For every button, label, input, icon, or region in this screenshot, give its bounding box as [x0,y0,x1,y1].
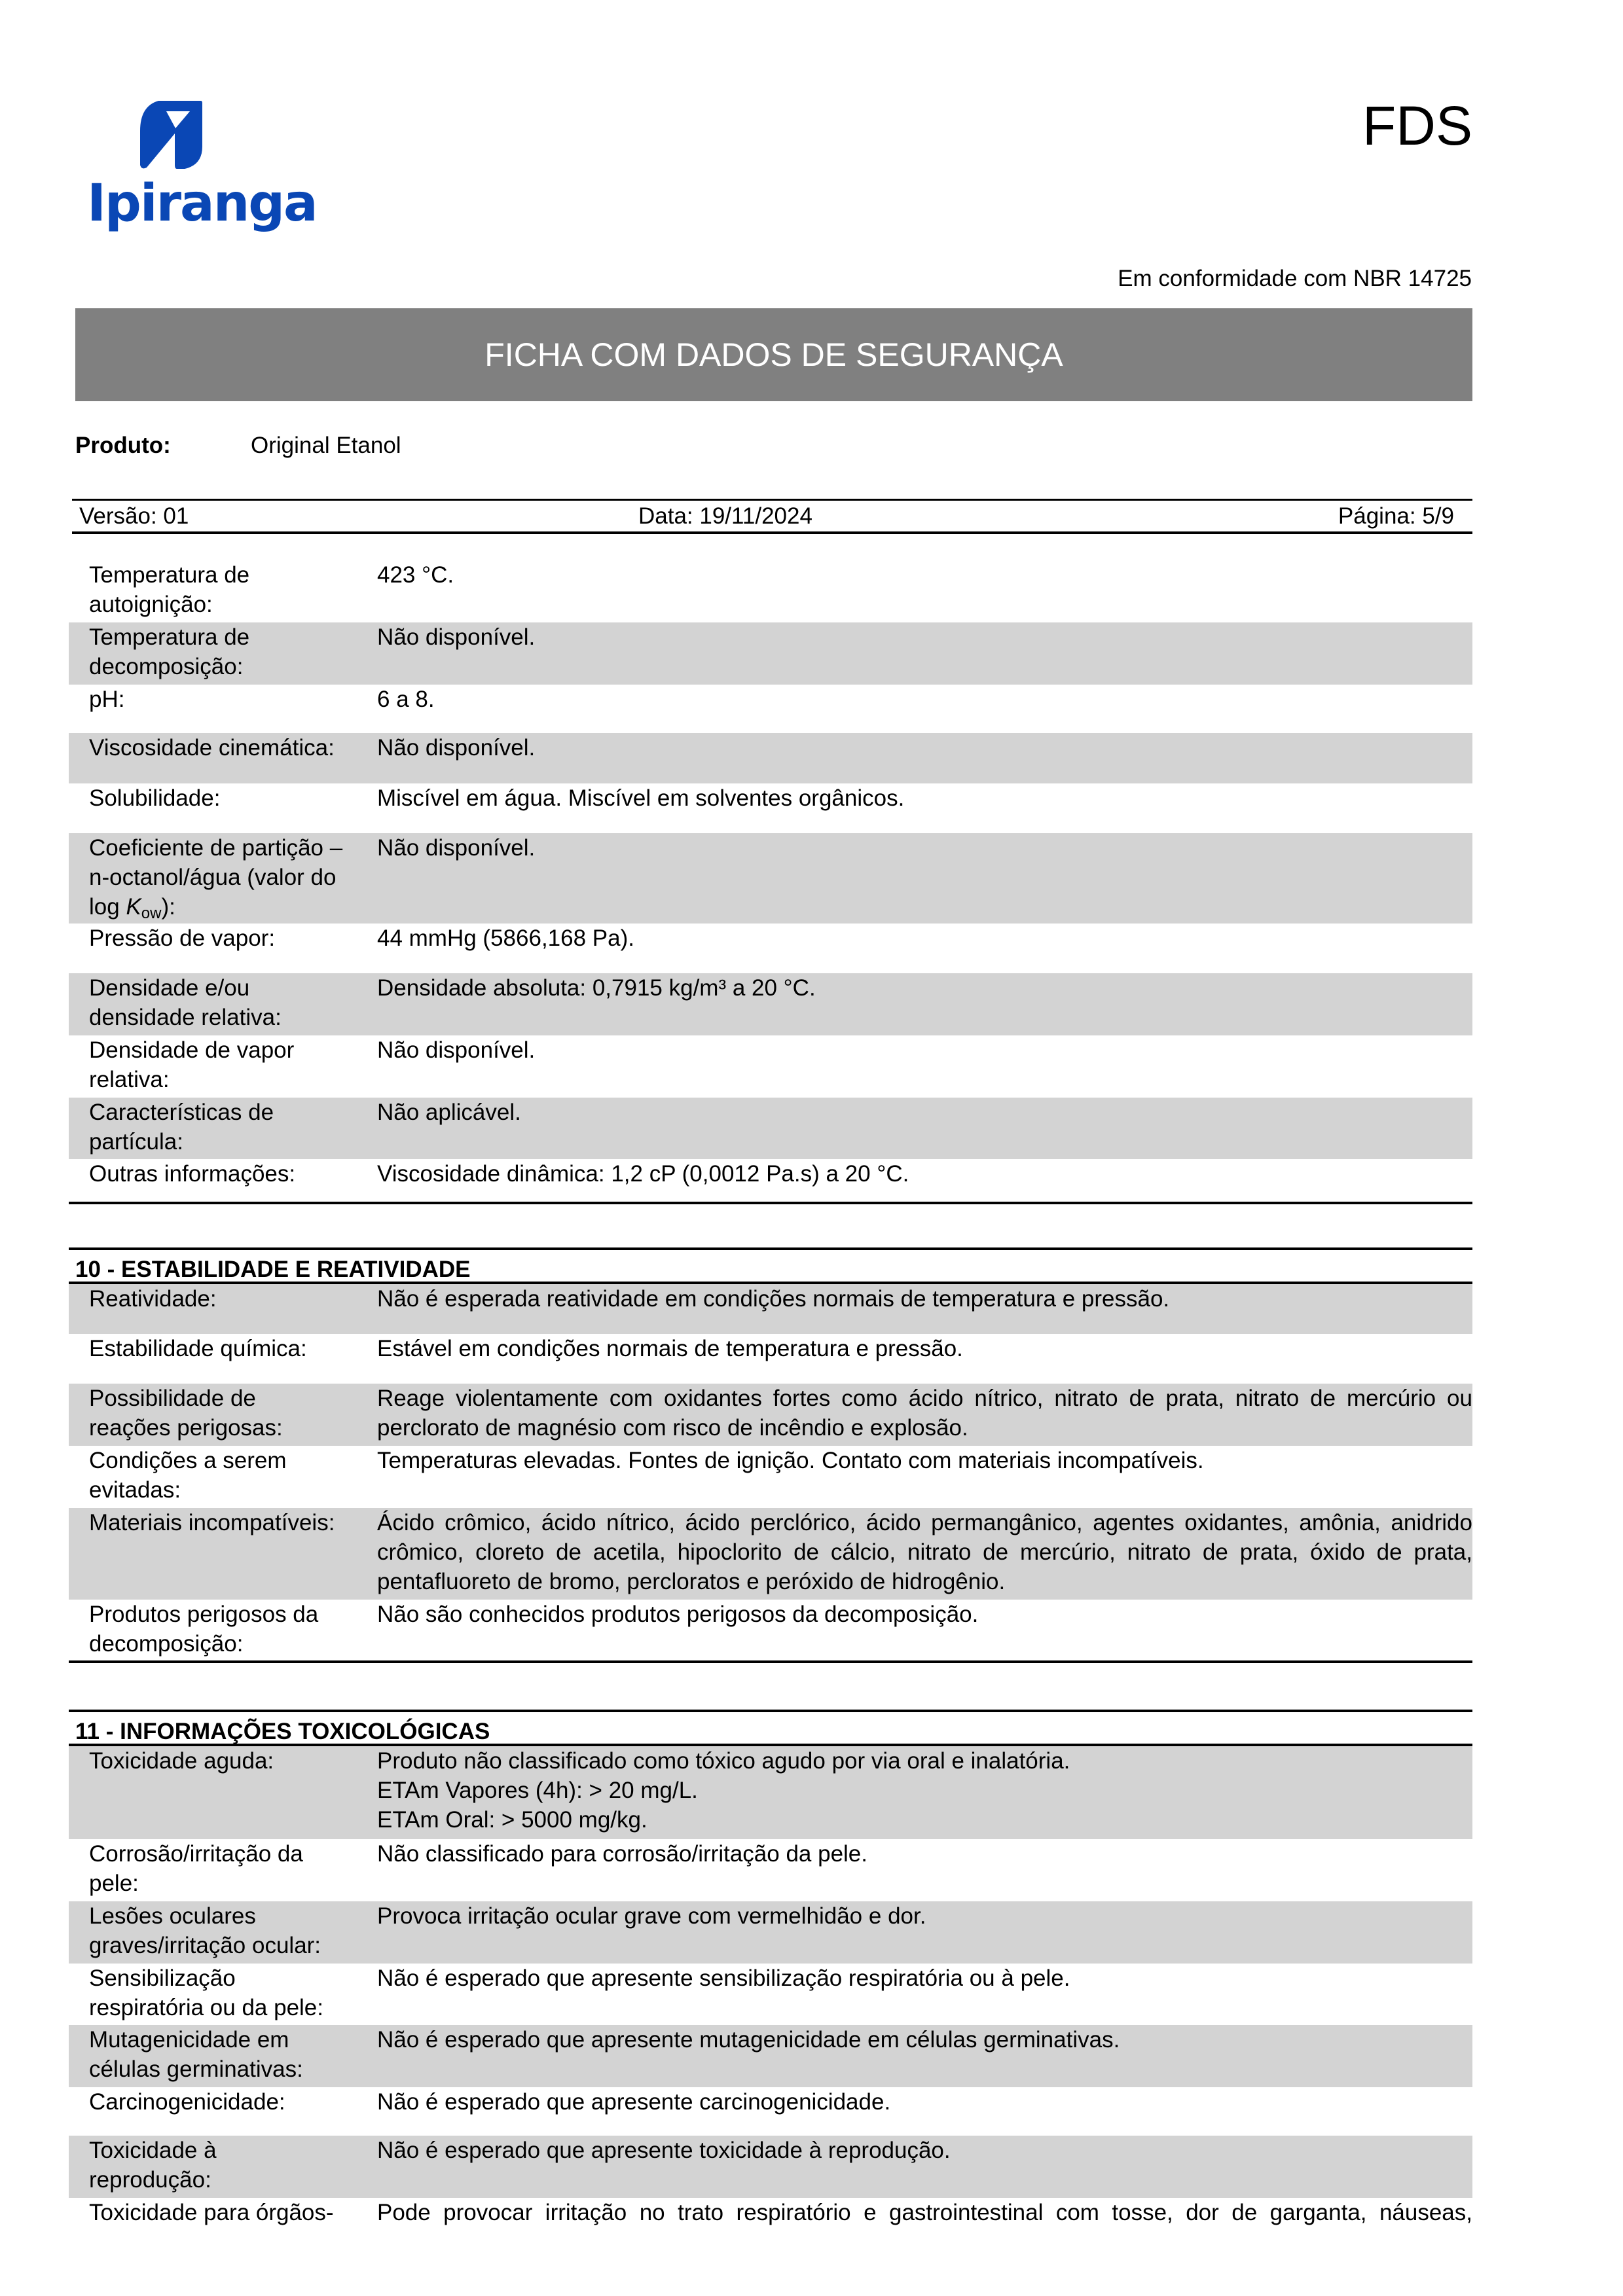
row-label: pH: [69,685,357,733]
row-label: Sensibilização respiratória ou da pele: [69,1964,344,2025]
row-value: Viscosidade dinâmica: 1,2 cP (0,0012 Pa.… [377,1159,1472,1189]
row-label: Solubilidade: [69,783,357,833]
row-value: Temperaturas elevadas. Fontes de ignição… [377,1446,1472,1475]
table-row: Carcinogenicidade: Não é esperado que ap… [69,2087,1472,2136]
value-line: ETAm Oral: > 5000 mg/kg. [377,1805,1472,1835]
table-row: Solubilidade: Miscível em água. Miscível… [69,783,1472,833]
section-title: 10 - ESTABILIDADE E REATIVIDADE [75,1258,471,1281]
row-label: Estabilidade química: [69,1334,357,1384]
table-row: Pressão de vapor: 44 mmHg (5866,168 Pa). [69,924,1472,973]
product-value: Original Etanol [251,434,401,457]
compliance-note: Em conformidade com NBR 14725 [1118,267,1472,290]
product-label: Produto: [75,434,171,457]
title-bar: FICHA COM DADOS DE SEGURANÇA [75,308,1472,401]
label-text-italic: K [126,894,141,920]
row-value: 6 a 8. [377,685,1472,714]
row-label: Temperatura de decomposição: [69,622,344,685]
section-divider [69,1202,1472,1204]
row-value: Não é esperada reatividade em condições … [377,1284,1472,1314]
table-row: Viscosidade cinemática: Não disponível. [69,733,1472,783]
document-title: FICHA COM DADOS DE SEGURANÇA [484,336,1063,374]
ipiranga-logo-icon [139,99,203,170]
table-row: Coeficiente de partição – n-octanol/água… [69,833,1472,924]
row-label: Reatividade: [69,1284,357,1334]
row-label: Viscosidade cinemática: [69,733,357,783]
table-row: Lesões oculares graves/irritação ocular:… [69,1901,1472,1964]
row-value: Não disponível. [377,622,1472,652]
row-label: Mutagenicidade em células germinativas: [69,2025,344,2087]
table-row: Possibilidade de reações perigosas: Reag… [69,1384,1472,1446]
divider [72,531,1472,534]
table-row: Sensibilização respiratória ou da pele: … [69,1964,1472,2025]
table-row: Toxicidade à reprodução: Não é esperado … [69,2136,1472,2198]
row-value: Não aplicável. [377,1098,1472,1127]
row-label: Características de partícula: [69,1098,344,1159]
row-label: Possibilidade de reações perigosas: [69,1384,344,1446]
value-line: ETAm Vapores (4h): > 20 mg/L. [377,1776,1472,1805]
table-row: Corrosão/irritação da pele: Não classifi… [69,1839,1472,1901]
row-value: Pode provocar irritação no trato respira… [377,2198,1472,2227]
row-value: Produto não classificado como tóxico agu… [377,1746,1472,1835]
table-row: Temperatura de autoignição: 423 °C. [69,560,1472,622]
row-label: Coeficiente de partição – n-octanol/água… [69,833,344,924]
row-label: Condições a serem evitadas: [69,1446,344,1508]
row-label: Temperatura de autoignição: [69,560,344,622]
date-label: Data: 19/11/2024 [638,505,812,528]
table-row: Materiais incompatíveis: Ácido crômico, … [69,1508,1472,1600]
table-row: Estabilidade química: Estável em condiçõ… [69,1334,1472,1384]
document-type: FDS [1362,98,1472,153]
row-value: Não são conhecidos produtos perigosos da… [377,1600,1472,1629]
value-line: Produto não classificado como tóxico agu… [377,1746,1472,1776]
row-value: Não é esperado que apresente sensibiliza… [377,1964,1472,1993]
table-row: Densidade de vapor relativa: Não disponí… [69,1035,1472,1098]
table-row: Características de partícula: Não aplicá… [69,1098,1472,1159]
row-value: Não disponível. [377,1035,1472,1065]
table-row: pH: 6 a 8. [69,685,1472,733]
version-label: Versão: 01 [79,505,189,528]
ipiranga-logo-wordmark: Ipiranga [87,178,317,229]
row-value: 44 mmHg (5866,168 Pa). [377,924,1472,953]
row-value: Estável em condições normais de temperat… [377,1334,1472,1363]
row-value: Não classificado para corrosão/irritação… [377,1839,1472,1869]
row-value: Não disponível. [377,833,1472,863]
table-row: Temperatura de decomposição: Não disponí… [69,622,1472,685]
page-number: Página: 5/9 [1338,505,1454,528]
row-value: 423 °C. [377,560,1472,590]
row-label: Corrosão/irritação da pele: [69,1839,331,1901]
row-label: Lesões oculares graves/irritação ocular: [69,1901,331,1964]
section-divider [69,1660,1472,1663]
row-value: Reage violentamente com oxidantes fortes… [377,1384,1472,1443]
row-value: Densidade absoluta: 0,7915 kg/m³ a 20 °C… [377,973,1472,1003]
divider [72,499,1472,501]
row-label: Materiais incompatíveis: [69,1508,357,1600]
row-value: Ácido crômico, ácido nítrico, ácido perc… [377,1508,1472,1596]
row-label: Densidade de vapor relativa: [69,1035,344,1098]
row-label: Produtos perigosos da decomposição: [69,1600,344,1662]
row-value: Miscível em água. Miscível em solventes … [377,783,1472,813]
row-value: Não é esperado que apresente toxicidade … [377,2136,1472,2165]
label-text: ): [161,894,175,920]
table-row: Produtos perigosos da decomposição: Não … [69,1600,1472,1662]
row-label: Toxicidade à reprodução: [69,2136,285,2198]
properties-table: Temperatura de autoignição: 423 °C. Temp… [69,560,1472,1210]
table-row: Toxicidade para órgãos- Pode provocar ir… [69,2198,1472,2237]
row-value: Não é esperado que apresente mutagenicid… [377,2025,1472,2054]
table-row: Reatividade: Não é esperada reatividade … [69,1284,1472,1334]
section-title: 11 - INFORMAÇÕES TOXICOLÓGICAS [75,1720,490,1743]
section-divider [69,1247,1472,1250]
row-label: Carcinogenicidade: [69,2087,357,2136]
toxicology-table: Toxicidade aguda: Produto não classifica… [69,1746,1472,2237]
table-row: Condições a serem evitadas: Temperaturas… [69,1446,1472,1508]
stability-table: Reatividade: Não é esperada reatividade … [69,1284,1472,1662]
row-label: Densidade e/ou densidade relativa: [69,973,344,1035]
section-divider [69,1710,1472,1712]
row-label: Toxicidade para órgãos- [69,2198,357,2237]
row-label: Pressão de vapor: [69,924,357,973]
row-value: Não disponível. [377,733,1472,762]
label-subscript: ow [141,905,162,922]
table-row: Densidade e/ou densidade relativa: Densi… [69,973,1472,1035]
row-value: Provoca irritação ocular grave com verme… [377,1901,1472,1931]
table-row: Mutagenicidade em células germinativas: … [69,2025,1472,2087]
row-value: Não é esperado que apresente carcinogeni… [377,2087,1472,2117]
row-label: Toxicidade aguda: [69,1746,357,1839]
table-row: Toxicidade aguda: Produto não classifica… [69,1746,1472,1839]
